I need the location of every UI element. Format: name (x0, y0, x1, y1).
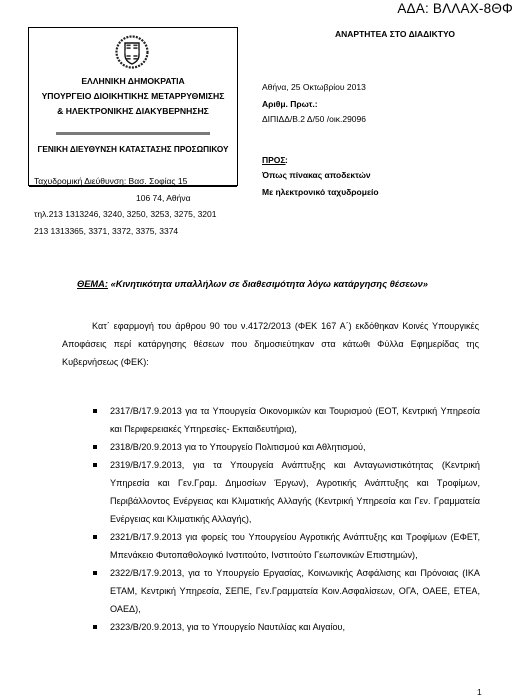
subject-label: ΘΕΜΑ: (77, 279, 108, 289)
greek-coat-of-arms-icon (115, 35, 149, 69)
ada-code: ΑΔΑ: ΒΛΛΑΧ-8ΘΦ (397, 1, 513, 16)
postal-code-city: 106 74, Αθήνα (136, 193, 191, 203)
protocol-label: Αριθμ. Πρωτ.: (262, 99, 318, 109)
bullet-icon (93, 445, 97, 449)
phone-numbers-1: τηλ.213 1313246, 3240, 3250, 3253, 3275,… (34, 209, 217, 219)
subject-line: ΘΕΜΑ: «Κινητικότητα υπαλλήλων σε διαθεσι… (77, 279, 428, 289)
recipients-line2: Με ηλεκτρονικό ταχυδρομείο (262, 187, 379, 197)
department-name: ΓΕΝΙΚΗ ΔΙΕΥΘΥΝΣΗ ΚΑΤΑΣΤΑΣΗΣ ΠΡΟΣΩΠΙΚΟΥ (29, 145, 237, 154)
bullet-icon (93, 535, 97, 539)
letterhead-box: ΕΛΛΗΝΙΚΗ ΔΗΜΟΚΡΑΤΙΑ ΥΠΟΥΡΓΕΙΟ ΔΙΟΙΚΗΤΙΚΗ… (28, 27, 238, 186)
phone-numbers-2: 213 1313365, 3371, 3372, 3375, 3374 (34, 226, 178, 236)
fek-list: 2317/Β/17.9.2013 για τα Υπουργεία Οικονο… (110, 402, 480, 636)
ministry-name-line2: & ΗΛΕΚΤΡΟΝΙΚΗΣ ΔΙΑΚΥΒΕΡΝΗΣΗΣ (29, 106, 237, 116)
subject-text: «Κινητικότητα υπαλλήλων σε διαθεσιμότητα… (108, 279, 428, 289)
page-number: 1 (477, 687, 482, 697)
header-divider (56, 132, 210, 135)
list-item: 2318/Β/20.9.2013 για το Υπουργείο Πολιτι… (110, 438, 480, 456)
postal-address: Ταχυδρομική Διεύθυνση: Βασ. Σοφίας 15 (34, 176, 187, 186)
bullet-icon (93, 571, 97, 575)
intro-paragraph: Κατ΄ εφαρμογή του άρθρου 90 του ν.4172/2… (62, 317, 479, 371)
bullet-icon (93, 625, 97, 629)
post-online-notice: ΑΝΑΡΤΗΤΕΑ ΣΤΟ ΔΙΑΔΙΚΤΥΟ (335, 29, 455, 39)
recipients-line1: Όπως πίνακας αποδεκτών (262, 170, 371, 180)
list-item: 2317/Β/17.9.2013 για τα Υπουργεία Οικονο… (110, 402, 480, 438)
list-item: 2323/Β/20.9.2013, για το Υπουργείο Ναυτι… (110, 618, 480, 636)
protocol-number: ΔΙΠΙΔΔ/Β.2 Δ/50 /οικ.29096 (262, 114, 366, 124)
intro-text: Κατ΄ εφαρμογή του άρθρου 90 του ν.4172/2… (62, 321, 479, 367)
list-item: 2319/Β/17.9.2013, για τα Υπουργεία Ανάπτ… (110, 456, 480, 528)
list-item: 2321/Β/17.9.2013 για φορείς του Υπουργεί… (110, 528, 480, 564)
recipients-label: ΠΡΟΣ (262, 155, 286, 165)
bullet-icon (93, 409, 97, 413)
list-item: 2322/Β/17.9.2013, για το Υπουργείο Εργασ… (110, 564, 480, 618)
republic-name: ΕΛΛΗΝΙΚΗ ΔΗΜΟΚΡΑΤΙΑ (29, 76, 237, 86)
bullet-icon (93, 463, 97, 467)
ministry-name-line1: ΥΠΟΥΡΓΕΙΟ ΔΙΟΙΚΗΤΙΚΗΣ ΜΕΤΑΡΡΥΘΜΙΣΗΣ (29, 91, 237, 101)
date-line: Αθήνα, 25 Οκτωβρίου 2013 (262, 82, 366, 92)
recipients-colon: : (285, 155, 288, 165)
